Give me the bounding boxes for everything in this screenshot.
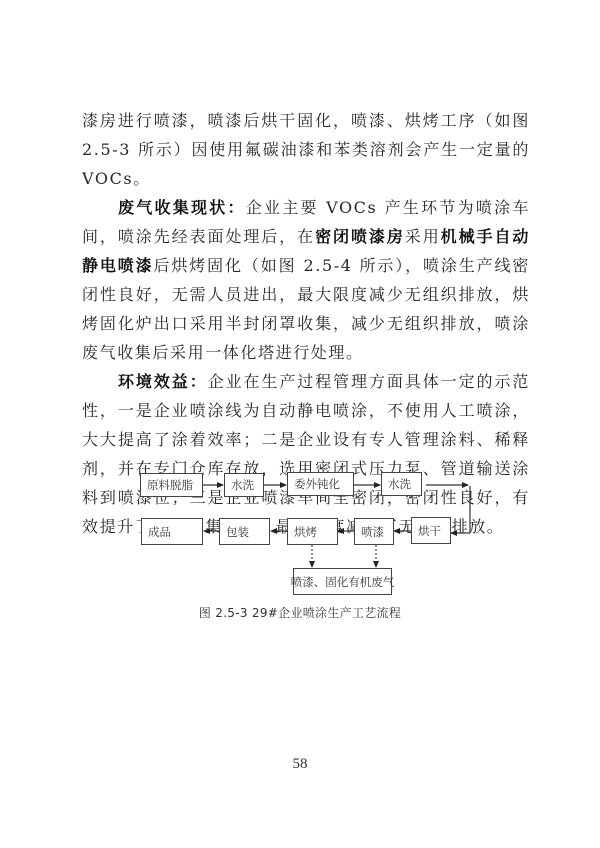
document-page: 漆房进行喷漆，喷漆后烘干固化，喷漆、烘烤工序（如图 2.5-3 所示）因使用氟碳…	[0, 0, 600, 848]
flow-node-organic-waste-gas: 喷漆、固化有机废气	[293, 568, 392, 595]
paragraph-environmental-benefit: 环境效益：企业在生产过程管理方面具体一定的示范性，一是企业喷涂线为自动静电喷涂，…	[82, 367, 530, 541]
emphasis-text: 密闭喷漆房	[315, 227, 405, 246]
flow-node-outsourced-passivation: 委外钝化	[287, 472, 354, 496]
figure-caption: 图 2.5-3 29#企业喷涂生产工艺流程	[0, 604, 600, 621]
section-heading-gas-collection: 废气收集现状：	[118, 198, 246, 217]
page-number: 58	[0, 756, 600, 773]
flow-node-water-wash-2: 水洗	[381, 472, 422, 496]
paragraph-text: 采用	[405, 227, 441, 246]
paragraph-gas-collection: 废气收集现状：企业主要 VOCs 产生环节为喷涂车间，喷涂先经表面处理后，在密闭…	[82, 193, 530, 367]
flow-node-water-wash-1: 水洗	[224, 473, 264, 497]
paragraph-text: 企业在生产过程管理方面具体一定的示范性，一是企业喷涂线为自动静电喷涂，不使用人工…	[82, 372, 530, 536]
flow-node-drying: 烘干	[411, 517, 451, 544]
paragraph-spray-process: 漆房进行喷漆，喷漆后烘干固化，喷漆、烘烤工序（如图 2.5-3 所示）因使用氟碳…	[82, 106, 530, 193]
flow-node-spray-painting: 喷漆	[354, 518, 394, 545]
section-heading-environmental-benefit: 环境效益：	[118, 372, 208, 391]
flow-node-baking: 烘烤	[287, 518, 338, 545]
flow-node-degreasing: 原料脱脂	[140, 473, 203, 497]
paragraph-text: 漆房进行喷漆，喷漆后烘干固化，喷漆、烘烤工序（如图 2.5-3 所示）因使用氟碳…	[82, 111, 530, 188]
flow-node-packaging: 包装	[219, 518, 270, 545]
flow-node-finished-product: 成品	[141, 518, 203, 545]
